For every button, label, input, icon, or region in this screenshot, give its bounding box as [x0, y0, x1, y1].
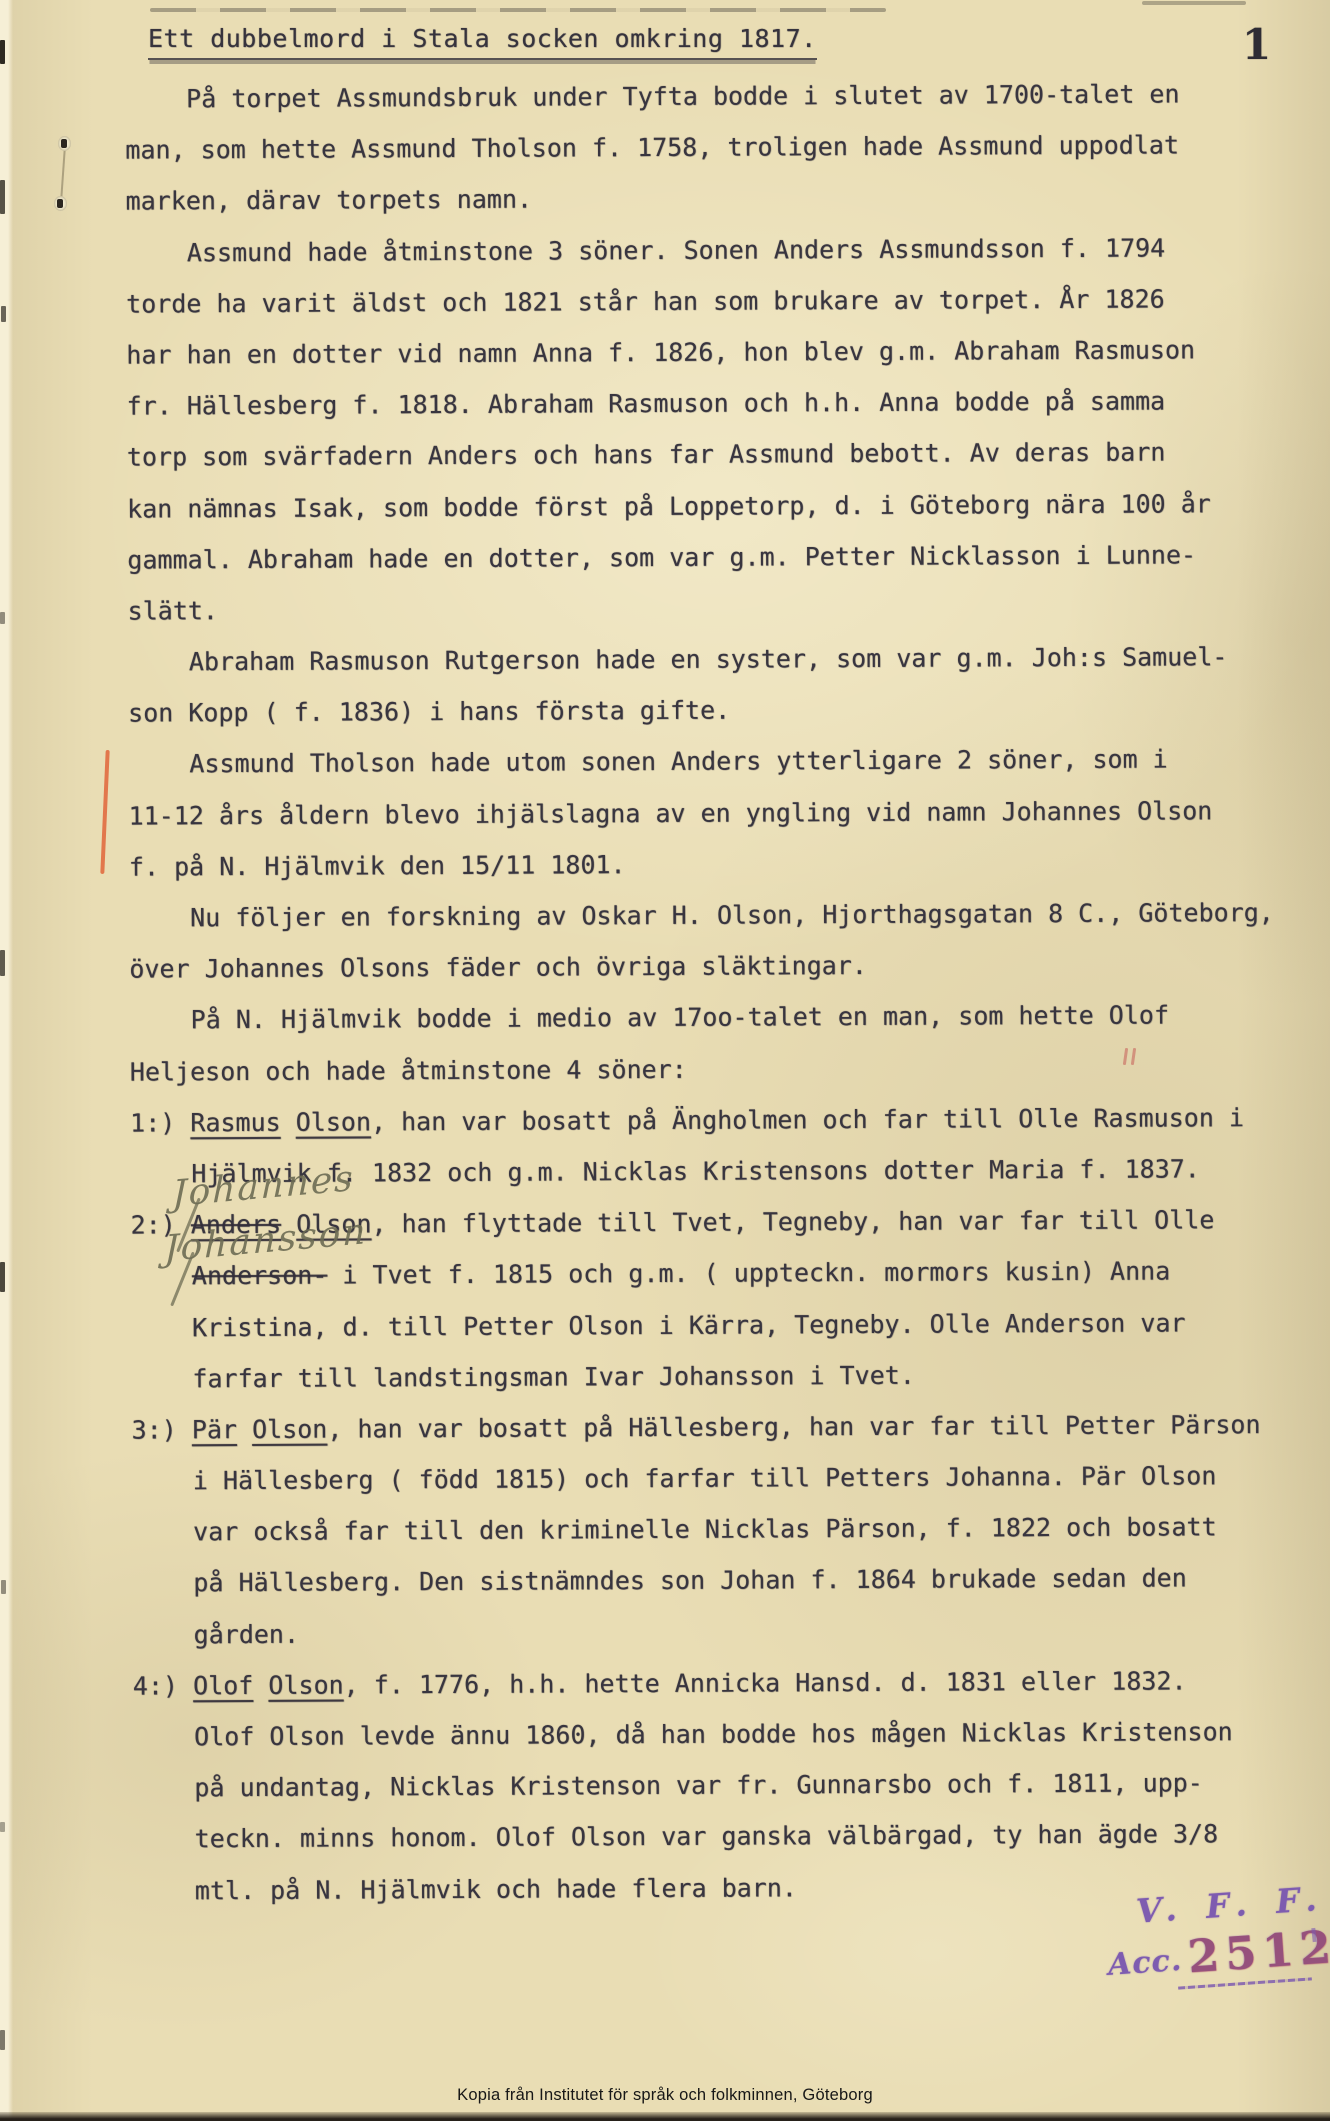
text-segment: På N. Hjälmvik bodde i	[191, 1004, 537, 1035]
text-segment: fr. Hällesberg f. 1818. Abraham Rasmuson…	[127, 387, 1166, 421]
scan-bottom-edge	[0, 2112, 1330, 2121]
text-line: Nu följer en forskning av Oskar H. Olson…	[4, 887, 1330, 945]
text-segment: Nu följer en forskning av Oskar H. Olson…	[190, 898, 1274, 932]
text-segment: 3:)	[132, 1415, 192, 1444]
text-segment: man, som hette Assmund Tholson f. 1758, …	[125, 131, 1179, 165]
text-line: f. på N. Hjälmvik den 15/11 1801.	[4, 835, 1330, 893]
text-segment: var också far till den kriminelle Nickla…	[193, 1513, 1217, 1547]
text-segment: f. på N. Hjälmvik den 15/11 1801.	[129, 850, 626, 881]
text-segment: 11-12 års åldern blevo ihjälslagna av en…	[129, 796, 1213, 830]
text-line: 11-12 års åldern blevo ihjälslagna av en…	[4, 784, 1330, 842]
text-line: Heljeson och hade åtminstone 4 söner:	[5, 1040, 1330, 1098]
text-line: kan nämnas Isak, som bodde först på Lopp…	[2, 477, 1330, 535]
text-segment: , han var bosatt på Ängholmen och far ti…	[371, 1103, 1244, 1136]
text-line: På torpet Assmundsbruk under Tyfta bodde…	[0, 68, 1330, 126]
text-line: torp som svärfadern Anders och hans far …	[2, 426, 1330, 484]
text-segment: marken, därav torpets namn.	[126, 185, 533, 216]
text-segment: Olof Olson levde ännu 1860, då han bodde…	[194, 1717, 1233, 1751]
scan-smudge	[1142, 1, 1246, 5]
text-segment: Assmund Tholson hade utom sonen Anders y…	[189, 745, 1167, 779]
text-segment: medio	[537, 1004, 612, 1033]
text-segment: 4:)	[133, 1671, 193, 1700]
text-line: son Kopp ( f. 1836) i hans första gifte.	[3, 682, 1330, 740]
text-line: Assmund Tholson hade utom sonen Anders y…	[3, 733, 1330, 791]
text-segment: , f. 1776, h.h. hette Annicka Hansd. d. …	[344, 1666, 1187, 1699]
text-segment: , han flyttade till Tvet, Tegneby, han v…	[371, 1205, 1214, 1238]
emphasized-text: Rasmus	[190, 1108, 280, 1137]
text-line: slätt.	[3, 580, 1330, 638]
emphasized-text: Pär	[192, 1415, 237, 1444]
text-segment: gammal. Abraham hade en dotter, som var …	[127, 540, 1196, 574]
text-segment: i Tvet f. 1815 och g.m. ( uppteckn. morm…	[327, 1257, 1170, 1290]
text-segment	[281, 1108, 296, 1137]
text-segment: slätt.	[128, 596, 218, 625]
page-number: 1	[1242, 20, 1271, 69]
text-segment: har han en dotter vid namn Anna f. 1826,…	[126, 335, 1195, 369]
scan-edge-artifact	[0, 1822, 5, 1832]
text-segment: mtl. på N. Hjälmvik och hade flera barn.	[195, 1873, 797, 1905]
text-line: farfar till landstingsman Ivar Johansson…	[6, 1347, 1330, 1405]
text-segment: torp som svärfadern Anders och hans far …	[127, 438, 1166, 472]
text-segment	[237, 1415, 252, 1444]
stamp-acc-number: 2512	[1186, 1920, 1330, 1983]
text-segment: i Hällesberg ( född 1815) och farfar til…	[193, 1461, 1217, 1495]
text-line: Olof Olson levde ännu 1860, då han bodde…	[8, 1706, 1330, 1764]
stamp-acc-label: Acc.	[1107, 1943, 1184, 1983]
text-segment: på undantag, Nicklas Kristenson var fr. …	[194, 1769, 1203, 1803]
emphasized-text: Olson	[296, 1107, 371, 1136]
text-segment: kan nämnas Isak, som bodde först på Lopp…	[127, 489, 1211, 523]
text-segment: 1:)	[130, 1108, 190, 1137]
text-line: 1:) Rasmus Olson, han var bosatt på Ängh…	[5, 1091, 1330, 1149]
text-segment: torde ha varit äldst och 1821 står han s…	[126, 284, 1165, 318]
scan-edge-artifact	[1, 1580, 6, 1594]
scan-edge-artifact	[0, 1262, 5, 1292]
scan-smudge	[150, 8, 886, 12]
text-line: var också far till den kriminelle Nickla…	[7, 1501, 1330, 1559]
archive-stamp: V. F. F. Acc. 2512	[1103, 1878, 1330, 1986]
scan-edge-artifact	[0, 40, 5, 64]
text-line: torde ha varit äldst och 1821 står han s…	[1, 272, 1330, 330]
text-line: marken, därav torpets namn.	[1, 170, 1330, 228]
text-segment: farfar till landstingsman Ivar Johansson…	[192, 1360, 915, 1393]
text-segment: På torpet Assmundsbruk under Tyfta bodde…	[186, 79, 1180, 113]
text-line: man, som hette Assmund Tholson f. 1758, …	[0, 119, 1330, 177]
text-line: Assmund hade åtminstone 3 söner. Sonen A…	[1, 221, 1330, 279]
emphasized-text: Olof	[193, 1671, 253, 1700]
text-line: över Johannes Olsons fäder och övriga sl…	[4, 938, 1330, 996]
scan-edge-artifact	[0, 2030, 5, 2050]
text-line: på undantag, Nicklas Kristenson var fr. …	[8, 1757, 1330, 1815]
text-segment: teckn. minns honom. Olof Olson var gansk…	[195, 1820, 1219, 1854]
text-segment: , han var bosatt på Hällesberg, han var …	[327, 1410, 1260, 1444]
text-line: På N. Hjälmvik bodde i medio av 17oo-tal…	[5, 989, 1330, 1047]
text-segment: Assmund hade åtminstone 3 söner. Sonen A…	[187, 233, 1165, 267]
text-segment: Kristina, d. till Petter Olson i Kärra, …	[192, 1308, 1186, 1342]
text-segment: Abraham Rasmuson Rutgerson hade en syste…	[189, 642, 1228, 676]
text-line: fr. Hällesberg f. 1818. Abraham Rasmuson…	[2, 375, 1330, 433]
document-title: Ett dubbelmord i Stala socken omkring 18…	[148, 24, 817, 60]
text-segment: Heljeson och hade åtminstone 4 söner:	[130, 1054, 687, 1086]
text-segment: på Hällesberg. Den sistnämndes son Johan…	[193, 1564, 1187, 1598]
document-page: { "page": { "number": "1", "title": "Ett…	[0, 0, 1330, 2121]
text-line: 3:) Pär Olson, han var bosatt på Hällesb…	[7, 1399, 1330, 1457]
text-segment: av 17oo-talet en man, som hette Olof	[612, 1001, 1169, 1033]
text-segment: son Kopp ( f. 1836) i hans första gifte.	[128, 696, 730, 728]
text-line: gården.	[8, 1603, 1330, 1661]
text-line: teckn. minns honom. Olof Olson var gansk…	[9, 1808, 1330, 1866]
text-line: i Hällesberg ( född 1815) och farfar til…	[7, 1450, 1330, 1508]
text-segment: gården.	[194, 1619, 299, 1649]
footer-caption: Kopia från Institutet för språk och folk…	[0, 2086, 1330, 2105]
text-segment: över Johannes Olsons fäder och övriga sl…	[129, 951, 867, 984]
text-line: Abraham Rasmuson Rutgerson hade en syste…	[3, 631, 1330, 689]
text-segment	[253, 1671, 268, 1700]
text-line: gammal. Abraham hade en dotter, som var …	[2, 528, 1330, 586]
emphasized-text: Olson	[268, 1670, 343, 1699]
text-line: Kristina, d. till Petter Olson i Kärra, …	[6, 1296, 1330, 1354]
text-line: på Hällesberg. Den sistnämndes son Johan…	[7, 1552, 1330, 1610]
text-line: har han en dotter vid namn Anna f. 1826,…	[1, 324, 1330, 382]
typed-lines: På torpet Assmundsbruk under Tyfta bodde…	[0, 68, 1330, 1917]
emphasized-text: Olson	[252, 1414, 327, 1443]
text-line: 4:) Olof Olson, f. 1776, h.h. hette Anni…	[8, 1654, 1330, 1712]
